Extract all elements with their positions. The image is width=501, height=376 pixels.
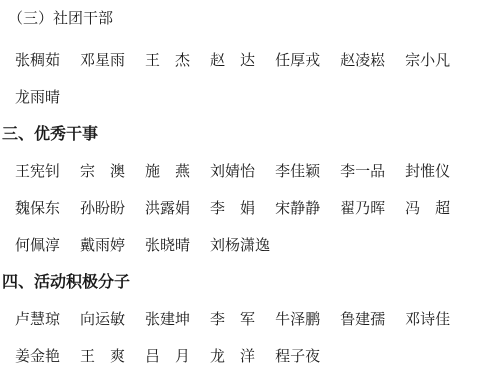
name-item: 戴雨婷 (80, 235, 125, 257)
name-row: 王宪钊宗 澳施 燕刘婧怡李佳颖李一品封惟仪 (0, 161, 501, 183)
name-item: 邓诗佳 (405, 309, 450, 331)
name-item: 程子夜 (275, 346, 320, 368)
name-item: 牛泽鹏 (275, 309, 320, 331)
name-item: 翟乃晖 (340, 198, 385, 220)
document-page: （三）社团干部张稠茹邓星雨王 杰赵 达任厚戎赵凌崧宗小凡龙雨晴三、优秀干事王宪钊… (0, 0, 501, 376)
name-item: 李一品 (340, 161, 385, 183)
section-heading-excellent-clerks: 三、优秀干事 (0, 124, 501, 146)
name-row: 魏保东孙盼盼洪露娟李 娟宋静静翟乃晖冯 超 (0, 198, 501, 220)
name-item: 李 娟 (210, 198, 255, 220)
name-item: 邓星雨 (80, 50, 125, 72)
name-item: 王 爽 (80, 346, 125, 368)
name-item: 赵 达 (210, 50, 255, 72)
name-item: 鲁建孺 (340, 309, 385, 331)
name-item: 刘杨潇逸 (210, 235, 270, 257)
name-item: 任厚戎 (275, 50, 320, 72)
name-row: 何佩淳戴雨婷张晓晴刘杨潇逸 (0, 235, 501, 257)
name-item: 李 军 (210, 309, 255, 331)
name-item: 王宪钊 (15, 161, 60, 183)
name-item: 冯 超 (405, 198, 450, 220)
name-row: 卢慧琼向运敏张建坤李 军牛泽鹏鲁建孺邓诗佳 (0, 309, 501, 331)
name-row: 张稠茹邓星雨王 杰赵 达任厚戎赵凌崧宗小凡 (0, 50, 501, 72)
name-item: 向运敏 (80, 309, 125, 331)
name-item: 李佳颖 (275, 161, 320, 183)
name-item: 魏保东 (15, 198, 60, 220)
name-item: 卢慧琼 (15, 309, 60, 331)
name-item: 张稠茹 (15, 50, 60, 72)
name-item: 赵凌崧 (340, 50, 385, 72)
name-item: 孙盼盼 (80, 198, 125, 220)
section-heading-club-cadres: （三）社团干部 (0, 8, 501, 30)
name-item: 吕 月 (145, 346, 190, 368)
name-item: 张建坤 (145, 309, 190, 331)
name-item: 宋静静 (275, 198, 320, 220)
name-item: 洪露娟 (145, 198, 190, 220)
name-item: 何佩淳 (15, 235, 60, 257)
name-item: 王 杰 (145, 50, 190, 72)
name-item: 宗 澳 (80, 161, 125, 183)
name-item: 龙雨晴 (15, 87, 60, 109)
name-item: 封惟仪 (405, 161, 450, 183)
name-item: 姜金艳 (15, 346, 60, 368)
name-item: 施 燕 (145, 161, 190, 183)
name-row: 龙雨晴 (0, 87, 501, 109)
section-heading-active-members: 四、活动积极分子 (0, 272, 501, 294)
name-item: 张晓晴 (145, 235, 190, 257)
name-item: 龙 洋 (210, 346, 255, 368)
name-item: 刘婧怡 (210, 161, 255, 183)
name-row: 姜金艳王 爽吕 月龙 洋程子夜 (0, 346, 501, 368)
name-item: 宗小凡 (405, 50, 450, 72)
